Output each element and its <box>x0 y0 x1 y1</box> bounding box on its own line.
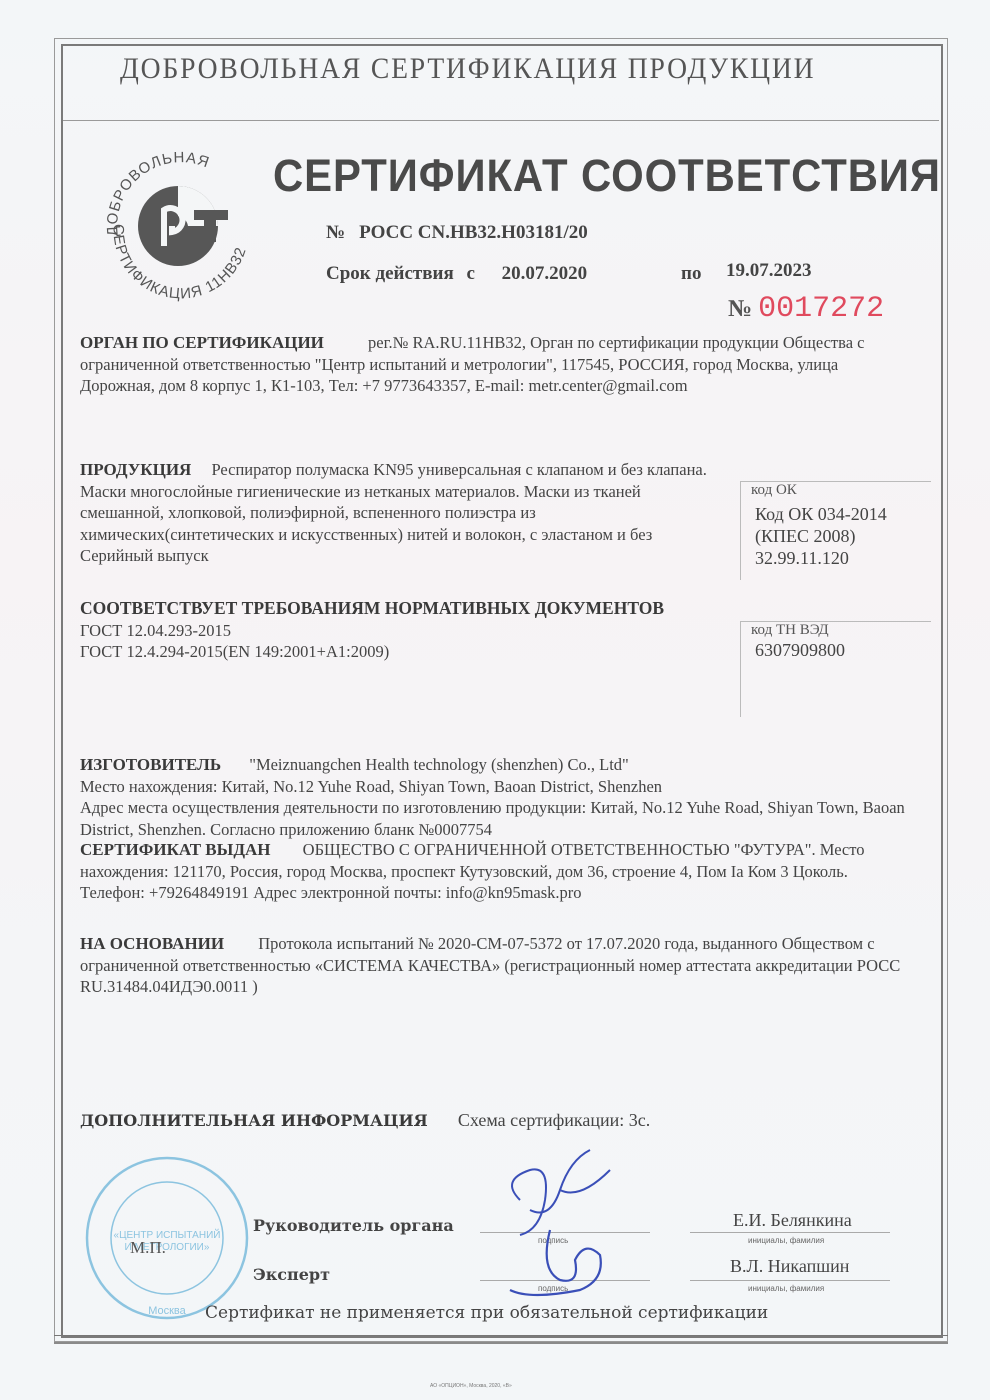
valid-from-date: 20.07.2020 <box>502 263 588 284</box>
validity-label: Срок действия <box>326 263 454 284</box>
head-of-body-role: Руководитель органа <box>253 1216 454 1235</box>
certification-body-heading: ОРГАН ПО СЕРТИФИКАЦИИ <box>80 333 324 352</box>
additional-info-heading: ДОПОЛНИТЕЛЬНАЯ ИНФОРМАЦИЯ <box>80 1111 428 1130</box>
product-section: ПРОДУКЦИЯ Респиратор полумаска KN95 унив… <box>80 459 720 567</box>
printer-imprint: АО «ОПЦИОН», Москва, 2020, «В» <box>430 1383 512 1389</box>
ok-code-label: код ОК <box>741 482 931 499</box>
issued-to-org-type: ОБЩЕСТВО С ОГРАНИЧЕННОЙ ОТВЕТСТВЕННОСТЬЮ <box>303 840 730 859</box>
header-divider <box>63 120 939 121</box>
number-label: № <box>326 222 345 243</box>
stamp-placeholder-label: М.П. <box>130 1238 166 1258</box>
basis-heading: НА ОСНОВАНИИ <box>80 934 224 953</box>
certificate-page: ДОБРОВОЛЬНАЯ СЕРТИФИКАЦИЯ ПРОДУКЦИИ ДОБР… <box>0 0 990 1400</box>
handwritten-signature-icon <box>490 1140 640 1300</box>
additional-info-section: ДОПОЛНИТЕЛЬНАЯ ИНФОРМАЦИЯ Схема сертифик… <box>80 1110 650 1132</box>
tnved-code-value: 6307909800 <box>741 639 931 661</box>
certification-scheme: Схема сертификации: 3с. <box>458 1110 650 1130</box>
footer-line-2 <box>54 1342 948 1344</box>
ok-code-line-1: Код ОК 034-2014 <box>741 503 931 525</box>
product-heading: ПРОДУКЦИЯ <box>80 460 191 479</box>
serial-label: № <box>728 296 752 322</box>
compliance-heading: СООТВЕТСТВУЕТ ТРЕБОВАНИЯМ НОРМАТИВНЫХ ДО… <box>80 598 740 620</box>
basis-section: НА ОСНОВАНИИ Протокола испытаний № 2020-… <box>80 933 940 998</box>
voluntary-certification-banner: ДОБРОВОЛЬНАЯ СЕРТИФИКАЦИЯ ПРОДУКЦИИ <box>120 52 815 86</box>
ok-code-line-3: 32.99.11.120 <box>741 547 931 569</box>
certificate-title: СЕРТИФИКАТ СООТВЕТСТВИЯ <box>273 150 941 202</box>
validity-period: Срок действия с 20.07.2020 по 19.07.2023 <box>326 263 587 285</box>
non-mandatory-notice: Сертификат не применяется при обязательн… <box>205 1303 768 1323</box>
expert-role: Эксперт <box>253 1265 330 1284</box>
expert-name-caption: инициалы, фамилия <box>748 1284 824 1293</box>
head-name-line <box>690 1232 890 1233</box>
ok-code-box: код ОК Код ОК 034-2014 (КПЕС 2008) 32.99… <box>740 481 931 580</box>
standard-item: ГОСТ 12.04.293-2015 <box>80 620 740 642</box>
rst-certification-mark-icon: ДОБРОВОЛЬНАЯ СЕРТИФИКАЦИЯ 11НВ32 <box>96 146 266 306</box>
svg-text:Москва: Москва <box>148 1305 186 1317</box>
head-name-caption: инициалы, фамилия <box>748 1236 824 1245</box>
tnved-code-label: код ТН ВЭД <box>741 622 931 639</box>
expert-name: В.Л. Никапшин <box>730 1256 849 1277</box>
footer-line-1 <box>54 1335 948 1336</box>
basis-protocol: Протокола испытаний № 2020-СМ-07-5372 от… <box>258 934 777 953</box>
expert-name-line <box>690 1280 890 1281</box>
manufacturer-production-address: Адрес места осуществления деятельности п… <box>80 797 910 840</box>
from-label: с <box>466 263 474 284</box>
issued-to-section: СЕРТИФИКАТ ВЫДАН ОБЩЕСТВО С ОГРАНИЧЕННОЙ… <box>80 839 920 904</box>
issued-to-contacts: Телефон: +79264849191 Адрес электронной … <box>80 882 920 904</box>
issued-to-heading: СЕРТИФИКАТ ВЫДАН <box>80 840 271 859</box>
certification-body-reg: рег.№ RA.RU.11HB32, Орган по сертификаци… <box>368 333 779 352</box>
valid-to-date: 19.07.2023 <box>726 260 812 282</box>
serial-value: 0017272 <box>758 292 884 326</box>
head-name: Е.И. Белянкина <box>733 1210 852 1231</box>
manufacturer-heading: ИЗГОТОВИТЕЛЬ <box>80 755 221 774</box>
to-label: по <box>681 263 701 285</box>
blank-serial-number: №0017272 <box>728 292 884 326</box>
manufacturer-section: ИЗГОТОВИТЕЛЬ "Meiznuangchen Health techn… <box>80 754 910 840</box>
release-type: Серийный выпуск <box>80 545 720 567</box>
standard-item: ГОСТ 12.4.294-2015(EN 149:2001+A1:2009) <box>80 641 740 663</box>
organization-stamp-icon: «ЦЕНТР ИСПЫТАНИЙ И МЕТРОЛОГИИ» Москва <box>82 1150 252 1326</box>
certificate-number: №РОСС CN.HB32.H03181/20 <box>326 222 588 244</box>
certification-body-section: ОРГАН ПО СЕРТИФИКАЦИИ рег.№ RA.RU.11HB32… <box>80 332 880 397</box>
certificate-number-value: РОСС CN.HB32.H03181/20 <box>359 222 588 243</box>
manufacturer-location: Место нахождения: Китай, No.12 Yuhe Road… <box>80 776 910 798</box>
tnved-code-box: код ТН ВЭД 6307909800 <box>740 621 931 717</box>
compliance-section: СООТВЕТСТВУЕТ ТРЕБОВАНИЯМ НОРМАТИВНЫХ ДО… <box>80 598 740 663</box>
ok-code-line-2: (КПЕС 2008) <box>741 525 931 547</box>
manufacturer-name: "Meiznuangchen Health technology (shenzh… <box>249 755 629 774</box>
